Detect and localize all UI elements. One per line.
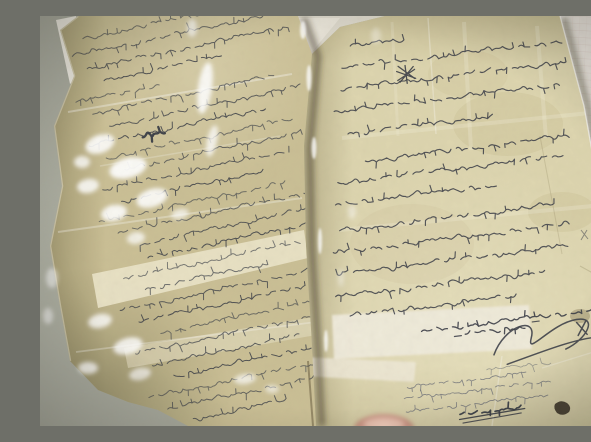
letter-photograph: Old handwritten letter on aged, taped-up… [40,16,591,426]
vignette [40,16,591,426]
photo-canvas [40,16,591,426]
